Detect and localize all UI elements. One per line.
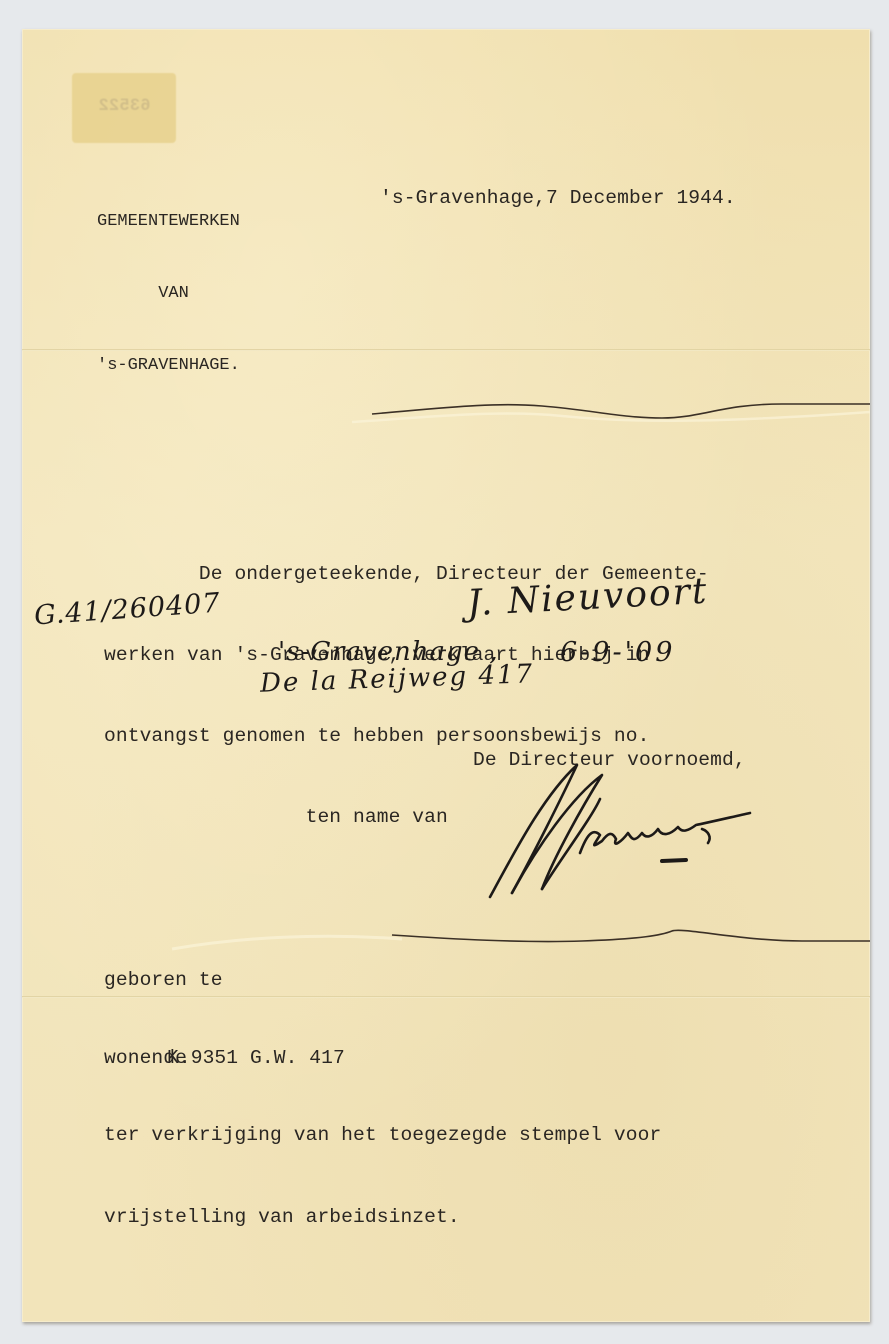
letterhead: GEMEENTEWERKEN VAN 's-GRAVENHAGE. bbox=[97, 162, 240, 426]
place-date: 's-Gravenhage,7 December 1944. bbox=[380, 186, 736, 211]
body-line: vrijstelling van arbeidsinzet. bbox=[104, 1203, 709, 1231]
reference-number: K.9351 G.W. 417 bbox=[167, 1046, 345, 1071]
archive-stamp-number: 63522 bbox=[72, 95, 176, 115]
document-page: 63522 GEMEENTEWERKEN VAN 's-GRAVENHAGE. … bbox=[22, 29, 870, 1322]
body-line: geboren te bbox=[104, 966, 709, 994]
body-line: ontvangst genomen te hebben persoonsbewi… bbox=[104, 723, 709, 750]
body-line: ter verkrijging van het toegezegde stemp… bbox=[104, 1122, 709, 1149]
letterhead-line: GEMEENTEWERKEN bbox=[97, 210, 240, 234]
director-signature bbox=[482, 757, 782, 907]
handwritten-birthdate: 6-9-'09 bbox=[560, 637, 675, 668]
letterhead-line: VAN bbox=[97, 282, 240, 306]
letterhead-line: 's-GRAVENHAGE. bbox=[97, 354, 240, 378]
archive-stamp: 63522 bbox=[72, 73, 176, 143]
